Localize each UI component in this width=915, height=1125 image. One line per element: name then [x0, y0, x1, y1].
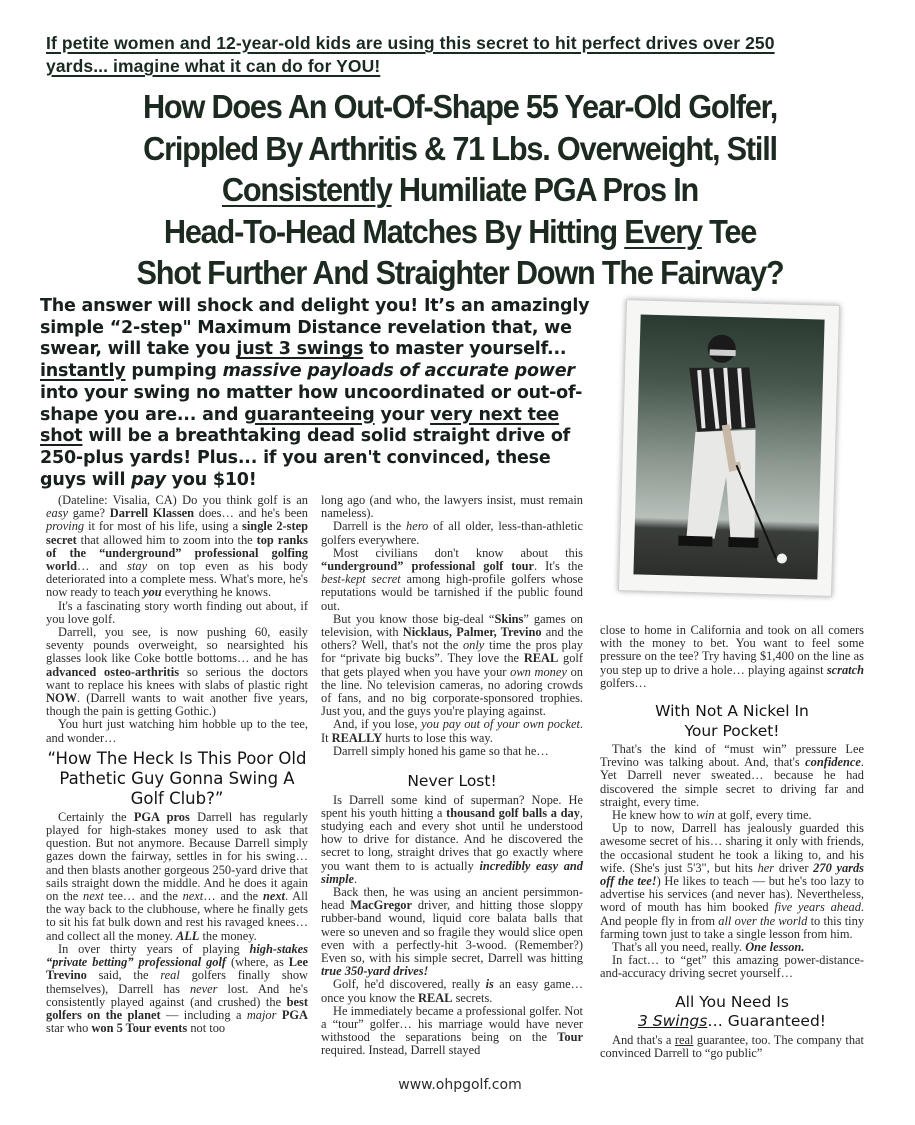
- paragraph: Up to now, Darrell has jealously guarded…: [600, 822, 864, 941]
- paragraph: In over thirty years of playing high-sta…: [46, 943, 308, 1035]
- main-headline: How Does An Out-Of-Shape 55 Year-Old Gol…: [60, 86, 860, 294]
- article-column-1: (Dateline: Visalia, CA) Do you think gol…: [46, 494, 308, 1035]
- paragraph: (Dateline: Visalia, CA) Do you think gol…: [46, 494, 308, 600]
- paragraph: He immediately became a professional gol…: [321, 1005, 583, 1058]
- paragraph: Is Darrell some kind of superman? Nope. …: [321, 794, 583, 886]
- paragraph: Most civilians don't know about this “un…: [321, 547, 583, 613]
- paragraph: close to home in California and took on …: [600, 624, 864, 690]
- headline-line-4: Head-To-Head Matches By Hitting Every Te…: [60, 211, 860, 253]
- golfer-photo: [618, 299, 840, 597]
- headline-line-2: Crippled By Arthritis & 71 Lbs. Overweig…: [60, 128, 860, 170]
- paragraph: In fact… to “get” this amazing power-dis…: [600, 954, 864, 980]
- emphasis-3-swings: 3 Swings: [638, 1012, 707, 1030]
- paragraph: Golf, he'd discovered, really is an easy…: [321, 978, 583, 1004]
- paragraph: And that's a real guarantee, too. The co…: [600, 1034, 864, 1060]
- section-heading-never-lost: Never Lost!: [321, 772, 583, 792]
- article-column-2: long ago (and who, the lawyers insist, m…: [321, 494, 583, 1058]
- paragraph: But you know those big-deal “Skins” game…: [321, 613, 583, 719]
- paragraph: It's a fascinating story worth finding o…: [46, 600, 308, 626]
- subheadline: The answer will shock and delight you! I…: [40, 296, 600, 491]
- headline-emphasis-consistently: Consistently: [222, 171, 392, 208]
- paragraph: Darrell, you see, is now pushing 60, eas…: [46, 626, 308, 718]
- kicker-line-2: yards... imagine what it can do for YOU!: [46, 56, 380, 76]
- headline-line-3: Consistently Humiliate PGA Pros In: [60, 169, 860, 211]
- paragraph: Certainly the PGA pros Darrell has regul…: [46, 811, 308, 943]
- kicker-line-1: If petite women and 12-year-old kids are…: [46, 33, 775, 53]
- section-heading-how-the-heck: “How The Heck Is This Poor Old Pathetic …: [46, 749, 308, 809]
- section-heading-not-a-nickel: With Not A Nickel In Your Pocket!: [600, 702, 864, 741]
- headline-line-5: Shot Further And Straighter Down The Fai…: [60, 252, 860, 294]
- paragraph: That's the kind of “must win” pressure L…: [600, 743, 864, 809]
- ad-page: If petite women and 12-year-old kids are…: [0, 0, 915, 1125]
- article-column-3: close to home in California and took on …: [600, 624, 864, 1060]
- kicker-text: If petite women and 12-year-old kids are…: [46, 32, 846, 78]
- headline-emphasis-every: Every: [624, 213, 702, 250]
- paragraph: Darrell is the hero of all older, less-t…: [321, 520, 583, 546]
- golfer-photo-image: [633, 314, 824, 579]
- paragraph: You hurt just watching him hobble up to …: [46, 718, 308, 744]
- section-heading-3-swings: All You Need Is 3 Swings… Guaranteed!: [600, 993, 864, 1032]
- paragraph: Darrell simply honed his game so that he…: [321, 745, 583, 758]
- paragraph: Back then, he was using an ancient persi…: [321, 886, 583, 978]
- paragraph: long ago (and who, the lawyers insist, m…: [321, 494, 583, 520]
- golfer-figure-icon: [633, 314, 824, 579]
- headline-line-1: How Does An Out-Of-Shape 55 Year-Old Gol…: [60, 86, 860, 128]
- website-url[interactable]: www.ohpgolf.com: [380, 1077, 540, 1093]
- paragraph: And, if you lose, you pay out of your ow…: [321, 718, 583, 744]
